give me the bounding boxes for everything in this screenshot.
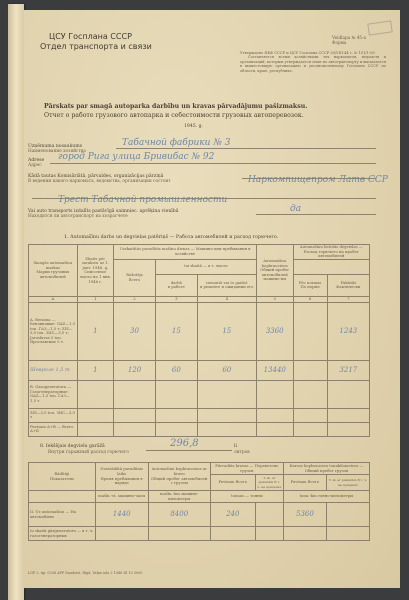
instructions-text: Составляется всеми хозяйствами тех нарко… bbox=[240, 55, 386, 73]
table-row: B. Gazogeneratora — Газогенераторные: GA… bbox=[29, 380, 370, 408]
garage-fuel-unit-ru: литров bbox=[234, 450, 250, 455]
org-line-1: ЦСУ Госплана СССР bbox=[40, 32, 190, 42]
field-value-ministry[interactable]: Наркомпищепром Латв ССР Трест Табачной п… bbox=[58, 170, 388, 210]
field-value-address[interactable]: город Рига улица Бривибас № 92 bbox=[58, 152, 214, 162]
garage-fuel-unit-lv: li bbox=[234, 444, 237, 449]
field-label-address-ru: Адрес bbox=[28, 163, 42, 168]
col-group-days: Uzskaitītās pavadītās mašīnu dienas — Ма… bbox=[114, 245, 257, 260]
garage-fuel-label-lv: 8. Iekšējais degvielu garāžā bbox=[40, 444, 105, 449]
col-group-incl: tai skaitā — в т. числе bbox=[155, 259, 256, 274]
col-header-total: RažotājsВсего bbox=[114, 259, 156, 296]
col-header-working: darbāв работе bbox=[155, 274, 197, 296]
transport-table: RādītājiПоказатели Nostrādātā pavadītais… bbox=[28, 462, 370, 541]
org-line-2: Отдел транспорта и связи bbox=[40, 42, 190, 52]
table-row: II. Uz automašīnu — На автомобили 1440 8… bbox=[29, 503, 370, 527]
work-fuel-table: Smagās automašīnu markasМарки грузовых а… bbox=[28, 244, 370, 437]
table-row: Шевроле 1,5 т 1 120 60 60 13440 3217 bbox=[29, 360, 370, 380]
document-page: ЦСУ Госплана СССР Отдел транспорта и свя… bbox=[24, 10, 400, 588]
table-row: ZIS—3,0 ton. ЗИС—3,0 т bbox=[29, 408, 370, 422]
col2-group-cargo: Pārvadāts kravas — Перевезено грузов bbox=[210, 463, 283, 475]
col-header-brand: Smagās automašīnu markasМарки грузовых а… bbox=[29, 245, 78, 297]
org-header: ЦСУ Госплана СССР Отдел транспорта и свя… bbox=[40, 32, 190, 52]
field-value-name[interactable]: Табачной фабрики № 3 bbox=[122, 138, 230, 148]
table-row: A. Benzina — Бензиновые: GAZ—1,5 ton. ГА… bbox=[29, 302, 370, 360]
table-row: Pavisam A+B — Всего А+Б bbox=[29, 422, 370, 436]
section1-title: 1. Automašīnu darbs un degvielas patēriņ… bbox=[64, 235, 384, 240]
form-fields: Uzņēmuma nosaukums Наименование хозяйств… bbox=[28, 138, 378, 228]
col2-header-mileage: Automašīnu kopbrauciens ar kravuОбщий пр… bbox=[148, 463, 210, 491]
col2-group-tonkm: Kravas kopbraucien tonnkilometros — Общи… bbox=[283, 463, 369, 475]
field-value-accounting[interactable]: да bbox=[290, 204, 301, 214]
col-group-fuel: Automašīnu lietotās degvielas — Расход г… bbox=[293, 245, 369, 260]
printer-imprint: LGP 2. tip. 0258 APP Daudzist. Rīgā, Vaļ… bbox=[28, 571, 142, 575]
col2-header-indicator: RādītājiПоказатели bbox=[29, 463, 96, 491]
col-header-norm: Pēc normasПо норме bbox=[293, 274, 327, 296]
title-lv: Pārskats par smagā autoparka darbību un … bbox=[44, 103, 364, 110]
title-ru: Отчет о работе грузового автопарка и себ… bbox=[44, 112, 384, 119]
col-header-count: Skaits pēc sarakstu uz 1. janv. 1946. g.… bbox=[77, 245, 113, 297]
approval-block: Утверждено НКФ СССР и ЦСУ Госплана СССР … bbox=[240, 51, 386, 73]
garage-fuel-label-ru: Внутри гаражный расход горючего bbox=[48, 450, 129, 455]
table-row: to skaitā gāzģeneratoru — в т. ч. газоге… bbox=[29, 527, 370, 541]
stamp-mark bbox=[367, 20, 392, 35]
garage-fuel-value[interactable]: 296,8 bbox=[170, 438, 199, 449]
form-label-ru: Форма bbox=[320, 40, 366, 45]
col-header-actual: FaktiskiФактически bbox=[327, 274, 369, 296]
binder-edge bbox=[8, 4, 24, 600]
col2-header-time: Nostrādātā pavadītais laiksВремя пребыва… bbox=[95, 463, 148, 491]
report-year: 1945. g. bbox=[184, 124, 203, 129]
col-header-repair: remontā vai to gaidotв ремонте и ожидани… bbox=[197, 274, 256, 296]
col-header-mileage: Automašīnu kopbrauciensОбщий пробег авто… bbox=[256, 245, 293, 297]
form-number: Veidlapa № 45-a Форма bbox=[320, 35, 366, 45]
field-label-accounting-ru: Находится ли автотранспорт на хозрасчете bbox=[28, 214, 268, 219]
